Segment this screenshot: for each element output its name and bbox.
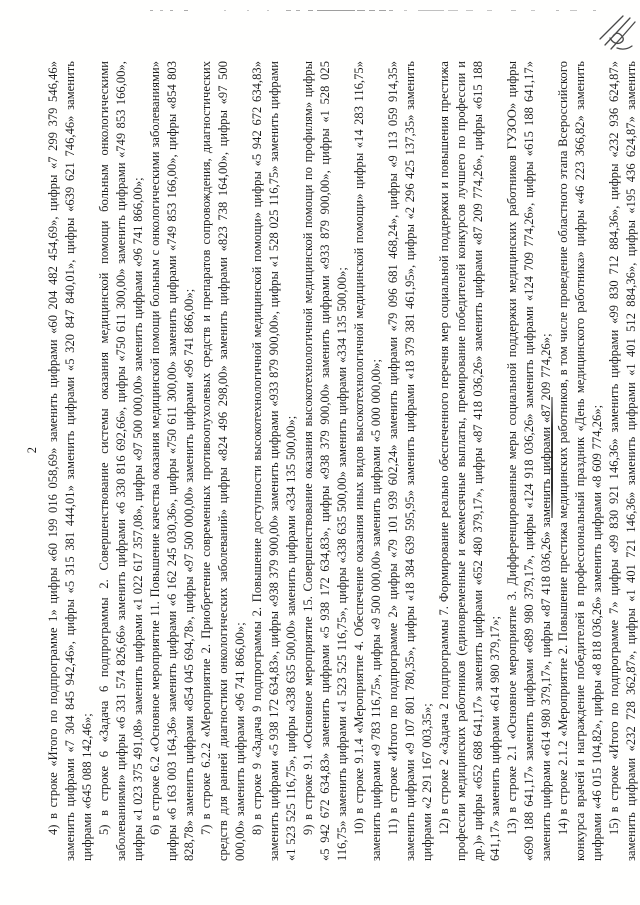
amendment-item: 10) в строке 9.1.4 «Мероприятие 4. Обесп… xyxy=(351,61,385,861)
amendment-item: 9) в строке 9.1 «Основное мероприятие 15… xyxy=(300,61,351,861)
amendment-item: 13) в строке 2.1 «Основное мероприятие 3… xyxy=(504,61,555,861)
amendment-item: 12) в строке 2 «Задача 2 подпрограммы 7.… xyxy=(436,61,504,861)
page-number: 2 xyxy=(26,61,39,861)
amendment-item: 11) в строке «Итого по подпрограмме 2» ц… xyxy=(385,61,436,861)
amendment-item: 15) в строке «Итого по подпрограмме 7» ц… xyxy=(606,61,640,861)
amendment-item: 4) в строке «Итого по подпрограмме 1» ци… xyxy=(45,61,96,861)
document-body: 4) в строке «Итого по подпрограмме 1» ци… xyxy=(45,61,640,861)
signature-mark xyxy=(596,5,640,53)
rotated-document: 2 4) в строке «Итого по подпрограмме 1» … xyxy=(26,61,640,861)
scanned-page: 2 4) в строке «Итого по подпрограмме 1» … xyxy=(0,0,640,905)
amendment-item: 14) в строке 2.1.2 «Мероприятие 2. Повыш… xyxy=(555,61,606,861)
amendment-item: 5) в строке 6 «Задача 6 подпрограммы 2. … xyxy=(96,61,147,861)
amendment-item: 8) в строке 9 «Задача 9 подпрограммы 2. … xyxy=(249,61,300,861)
amendment-item: 7) в строке 6.2.2 «Мероприятие 2. Приобр… xyxy=(198,61,249,861)
scan-edge-artifacts xyxy=(0,0,640,18)
amendment-item: 6) в строке 6.2 «Основное мероприятие 11… xyxy=(147,61,198,861)
